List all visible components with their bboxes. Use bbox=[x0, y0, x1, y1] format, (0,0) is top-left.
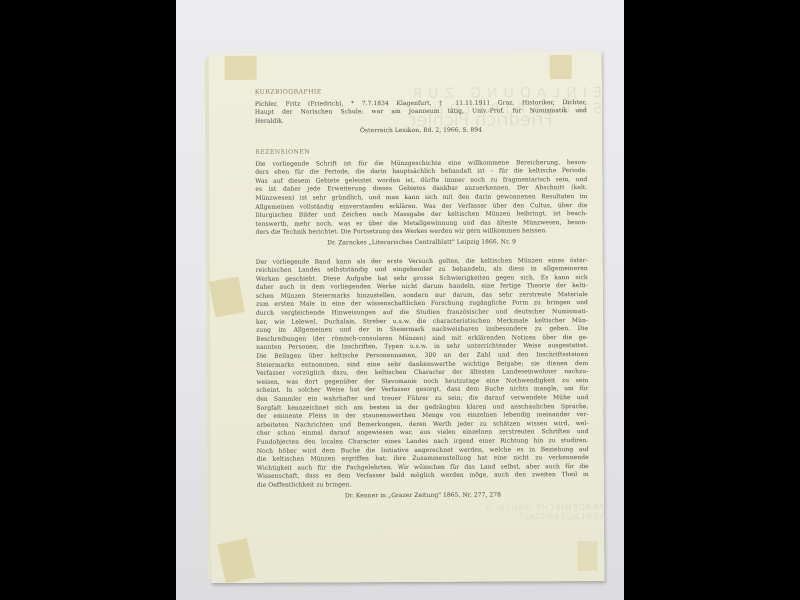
text-line: ders die Technik berichtet. Die Fortsetz… bbox=[256, 227, 588, 237]
review-1-text: Die vorliegende Schrift ist für die Münz… bbox=[255, 159, 587, 238]
show-through-publisher: AKADEMISCHE DRUCK- u. VERLAGSANSTALT bbox=[431, 503, 604, 522]
document-content: KURZBIOGRAPHIE Pichler, Fritz (Friedrich… bbox=[255, 87, 589, 501]
heading-rezensionen: REZENSIONEN bbox=[255, 147, 587, 157]
review-2-text: Der vorliegende Band kann als der erste … bbox=[256, 257, 589, 491]
tape-top-left bbox=[225, 56, 257, 80]
text-line: die Oeffentlichkeit zu bringen. bbox=[257, 480, 589, 490]
document-page: EINLADUNG ZUR SUBSKRIPTION Friedrich Pic… bbox=[209, 51, 605, 583]
tape-top-right bbox=[550, 55, 572, 79]
tape-bottom-right bbox=[577, 541, 597, 571]
text-line: Haupt der Norischen Schule; war am Joann… bbox=[255, 107, 587, 117]
text-line: Wissenschaft, dass es dem Verfasser bald… bbox=[257, 471, 589, 481]
review-2-source: Dr. Kenner in „Grazer Zeitung" 1865, Nr.… bbox=[257, 491, 589, 501]
tape-bottom-left bbox=[217, 538, 255, 583]
text-line: Heraldik. bbox=[255, 116, 587, 126]
heading-kurzbiographie: KURZBIOGRAPHIE bbox=[255, 87, 587, 97]
tape-middle-left bbox=[209, 277, 245, 318]
biography-text: Pichler, Fritz (Friedrich), * 7.7.1834 K… bbox=[255, 99, 587, 127]
